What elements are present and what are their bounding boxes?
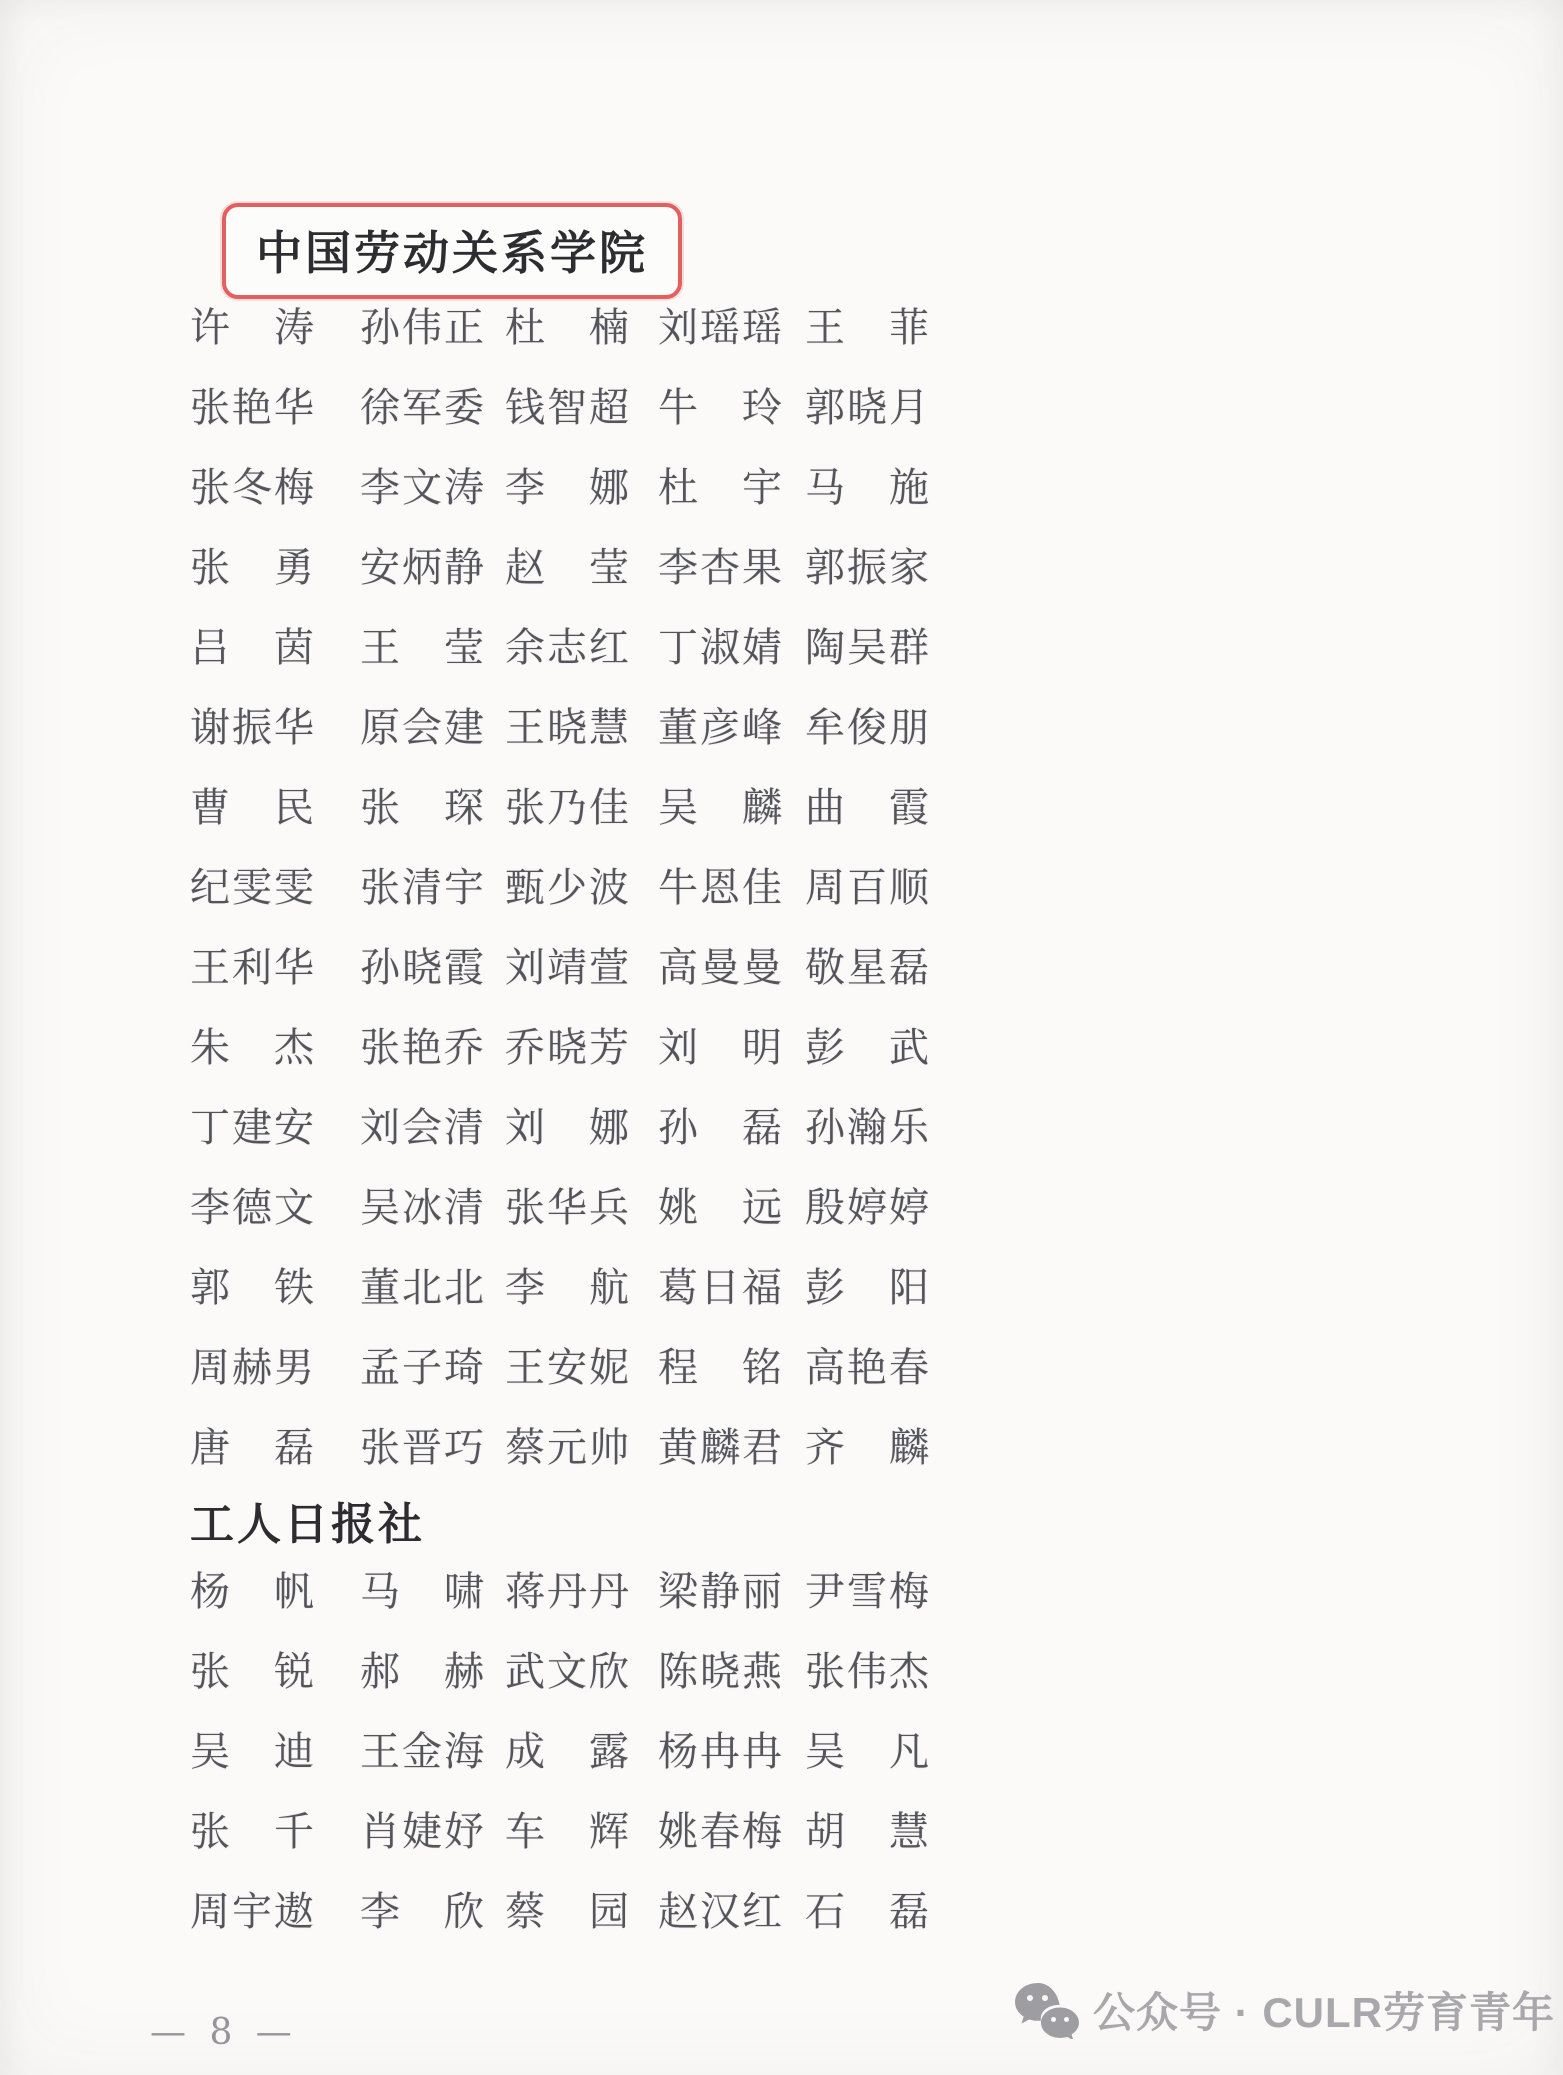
person-name: 孙瀚乐 <box>805 1088 929 1168</box>
person-name: 葛日福 <box>658 1248 782 1328</box>
person-name: 张艳乔 <box>360 1008 484 1088</box>
person-name: 杨冉冉 <box>658 1712 782 1792</box>
person-name: 石磊 <box>805 1872 929 1952</box>
person-name: 乔晓芳 <box>505 1008 629 1088</box>
person-name: 高艳春 <box>805 1328 929 1408</box>
person-name: 张艳华 <box>190 368 314 448</box>
person-name: 董北北 <box>360 1248 484 1328</box>
person-name: 张华兵 <box>505 1168 629 1248</box>
person-name: 孙伟正 <box>360 288 484 368</box>
person-name: 钱智超 <box>505 368 629 448</box>
person-name: 郭铁 <box>190 1248 314 1328</box>
person-name: 刘靖萱 <box>505 928 629 1008</box>
name-list-workers-daily: 杨帆马啸蒋丹丹梁静丽尹雪梅张锐郝赫武文欣陈晓燕张伟杰吴迪王金海成露杨冉冉吴凡张千… <box>190 1552 929 1952</box>
person-name: 黄麟君 <box>658 1408 782 1488</box>
person-name: 张乃佳 <box>505 768 629 848</box>
person-name: 曲霞 <box>805 768 929 848</box>
person-name: 张锐 <box>190 1632 314 1712</box>
person-name: 武文欣 <box>505 1632 629 1712</box>
person-name: 董彦峰 <box>658 688 782 768</box>
person-name: 吕茵 <box>190 608 314 688</box>
person-name: 蔡园 <box>505 1872 629 1952</box>
person-name: 安炳静 <box>360 528 484 608</box>
person-name: 牛玲 <box>658 368 782 448</box>
person-name: 姚远 <box>658 1168 782 1248</box>
person-name: 吴凡 <box>805 1712 929 1792</box>
person-name: 陈晓燕 <box>658 1632 782 1712</box>
person-name: 牛恩佳 <box>658 848 782 928</box>
person-name: 杜宇 <box>658 448 782 528</box>
person-name: 周百顺 <box>805 848 929 928</box>
person-name: 原会建 <box>360 688 484 768</box>
person-name: 彭武 <box>805 1008 929 1088</box>
person-name: 敬星磊 <box>805 928 929 1008</box>
person-name: 陶吴群 <box>805 608 929 688</box>
person-name: 王莹 <box>360 608 484 688</box>
person-name: 张晋巧 <box>360 1408 484 1488</box>
person-name: 李文涛 <box>360 448 484 528</box>
person-name: 蒋丹丹 <box>505 1552 629 1632</box>
person-name: 程铭 <box>658 1328 782 1408</box>
page-number: — 8 — <box>150 2012 298 2053</box>
wechat-icon <box>1013 1981 1079 2039</box>
person-name: 刘明 <box>658 1008 782 1088</box>
person-name: 李杏果 <box>658 528 782 608</box>
person-name: 唐磊 <box>190 1408 314 1488</box>
person-name: 殷婷婷 <box>805 1168 929 1248</box>
person-name: 张千 <box>190 1792 314 1872</box>
person-name: 赵莹 <box>505 528 629 608</box>
person-name: 刘娜 <box>505 1088 629 1168</box>
person-name: 张清宇 <box>360 848 484 928</box>
person-name: 吴麟 <box>658 768 782 848</box>
person-name: 谢振华 <box>190 688 314 768</box>
name-list-culr: 许涛孙伟正杜楠刘瑶瑶王菲张艳华徐军委钱智超牛玲郭晓月张冬梅李文涛李娜杜宇马施张勇… <box>190 288 929 1488</box>
person-name: 徐军委 <box>360 368 484 448</box>
person-name: 王安妮 <box>505 1328 629 1408</box>
person-name: 王菲 <box>805 288 929 368</box>
person-name: 吴迪 <box>190 1712 314 1792</box>
person-name: 尹雪梅 <box>805 1552 929 1632</box>
person-name: 王金海 <box>360 1712 484 1792</box>
person-name: 吴冰清 <box>360 1168 484 1248</box>
person-name: 李航 <box>505 1248 629 1328</box>
person-name: 李娜 <box>505 448 629 528</box>
person-name: 郭振家 <box>805 528 929 608</box>
person-name: 曹民 <box>190 768 314 848</box>
person-name: 彭阳 <box>805 1248 929 1328</box>
person-name: 张伟杰 <box>805 1632 929 1712</box>
person-name: 孙磊 <box>658 1088 782 1168</box>
person-name: 孟子琦 <box>360 1328 484 1408</box>
person-name: 杨帆 <box>190 1552 314 1632</box>
person-name: 李欣 <box>360 1872 484 1952</box>
person-name: 肖婕妤 <box>360 1792 484 1872</box>
person-name: 张琛 <box>360 768 484 848</box>
person-name: 郭晓月 <box>805 368 929 448</box>
person-name: 纪雯雯 <box>190 848 314 928</box>
person-name: 丁建安 <box>190 1088 314 1168</box>
person-name: 成露 <box>505 1712 629 1792</box>
person-name: 张勇 <box>190 528 314 608</box>
person-name: 甄少波 <box>505 848 629 928</box>
watermark: 公众号 · CULR劳育青年 <box>1013 1980 1555 2040</box>
person-name: 余志红 <box>505 608 629 688</box>
watermark-text: 公众号 · CULR劳育青年 <box>1093 1980 1555 2040</box>
person-name: 蔡元帅 <box>505 1408 629 1488</box>
person-name: 车辉 <box>505 1792 629 1872</box>
person-name: 郝赫 <box>360 1632 484 1712</box>
person-name: 齐麟 <box>805 1408 929 1488</box>
section-title-workers-daily: 工人日报社 <box>190 1488 425 1552</box>
person-name: 朱杰 <box>190 1008 314 1088</box>
person-name: 周赫男 <box>190 1328 314 1408</box>
person-name: 丁淑婧 <box>658 608 782 688</box>
person-name: 张冬梅 <box>190 448 314 528</box>
person-name: 孙晓霞 <box>360 928 484 1008</box>
person-name: 李德文 <box>190 1168 314 1248</box>
person-name: 王晓慧 <box>505 688 629 768</box>
section-title-box: 中国劳动关系学院 <box>222 203 682 299</box>
person-name: 赵汉红 <box>658 1872 782 1952</box>
person-name: 马施 <box>805 448 929 528</box>
person-name: 胡慧 <box>805 1792 929 1872</box>
person-name: 高曼曼 <box>658 928 782 1008</box>
person-name: 牟俊朋 <box>805 688 929 768</box>
person-name: 姚春梅 <box>658 1792 782 1872</box>
person-name: 许涛 <box>190 288 314 368</box>
person-name: 梁静丽 <box>658 1552 782 1632</box>
person-name: 王利华 <box>190 928 314 1008</box>
person-name: 杜楠 <box>505 288 629 368</box>
section-title-culr: 中国劳动关系学院 <box>256 217 648 283</box>
scanned-document-page: 中国劳动关系学院 许涛孙伟正杜楠刘瑶瑶王菲张艳华徐军委钱智超牛玲郭晓月张冬梅李文… <box>0 0 1563 2075</box>
person-name: 刘会清 <box>360 1088 484 1168</box>
person-name: 周宇遨 <box>190 1872 314 1952</box>
person-name: 刘瑶瑶 <box>658 288 782 368</box>
person-name: 马啸 <box>360 1552 484 1632</box>
